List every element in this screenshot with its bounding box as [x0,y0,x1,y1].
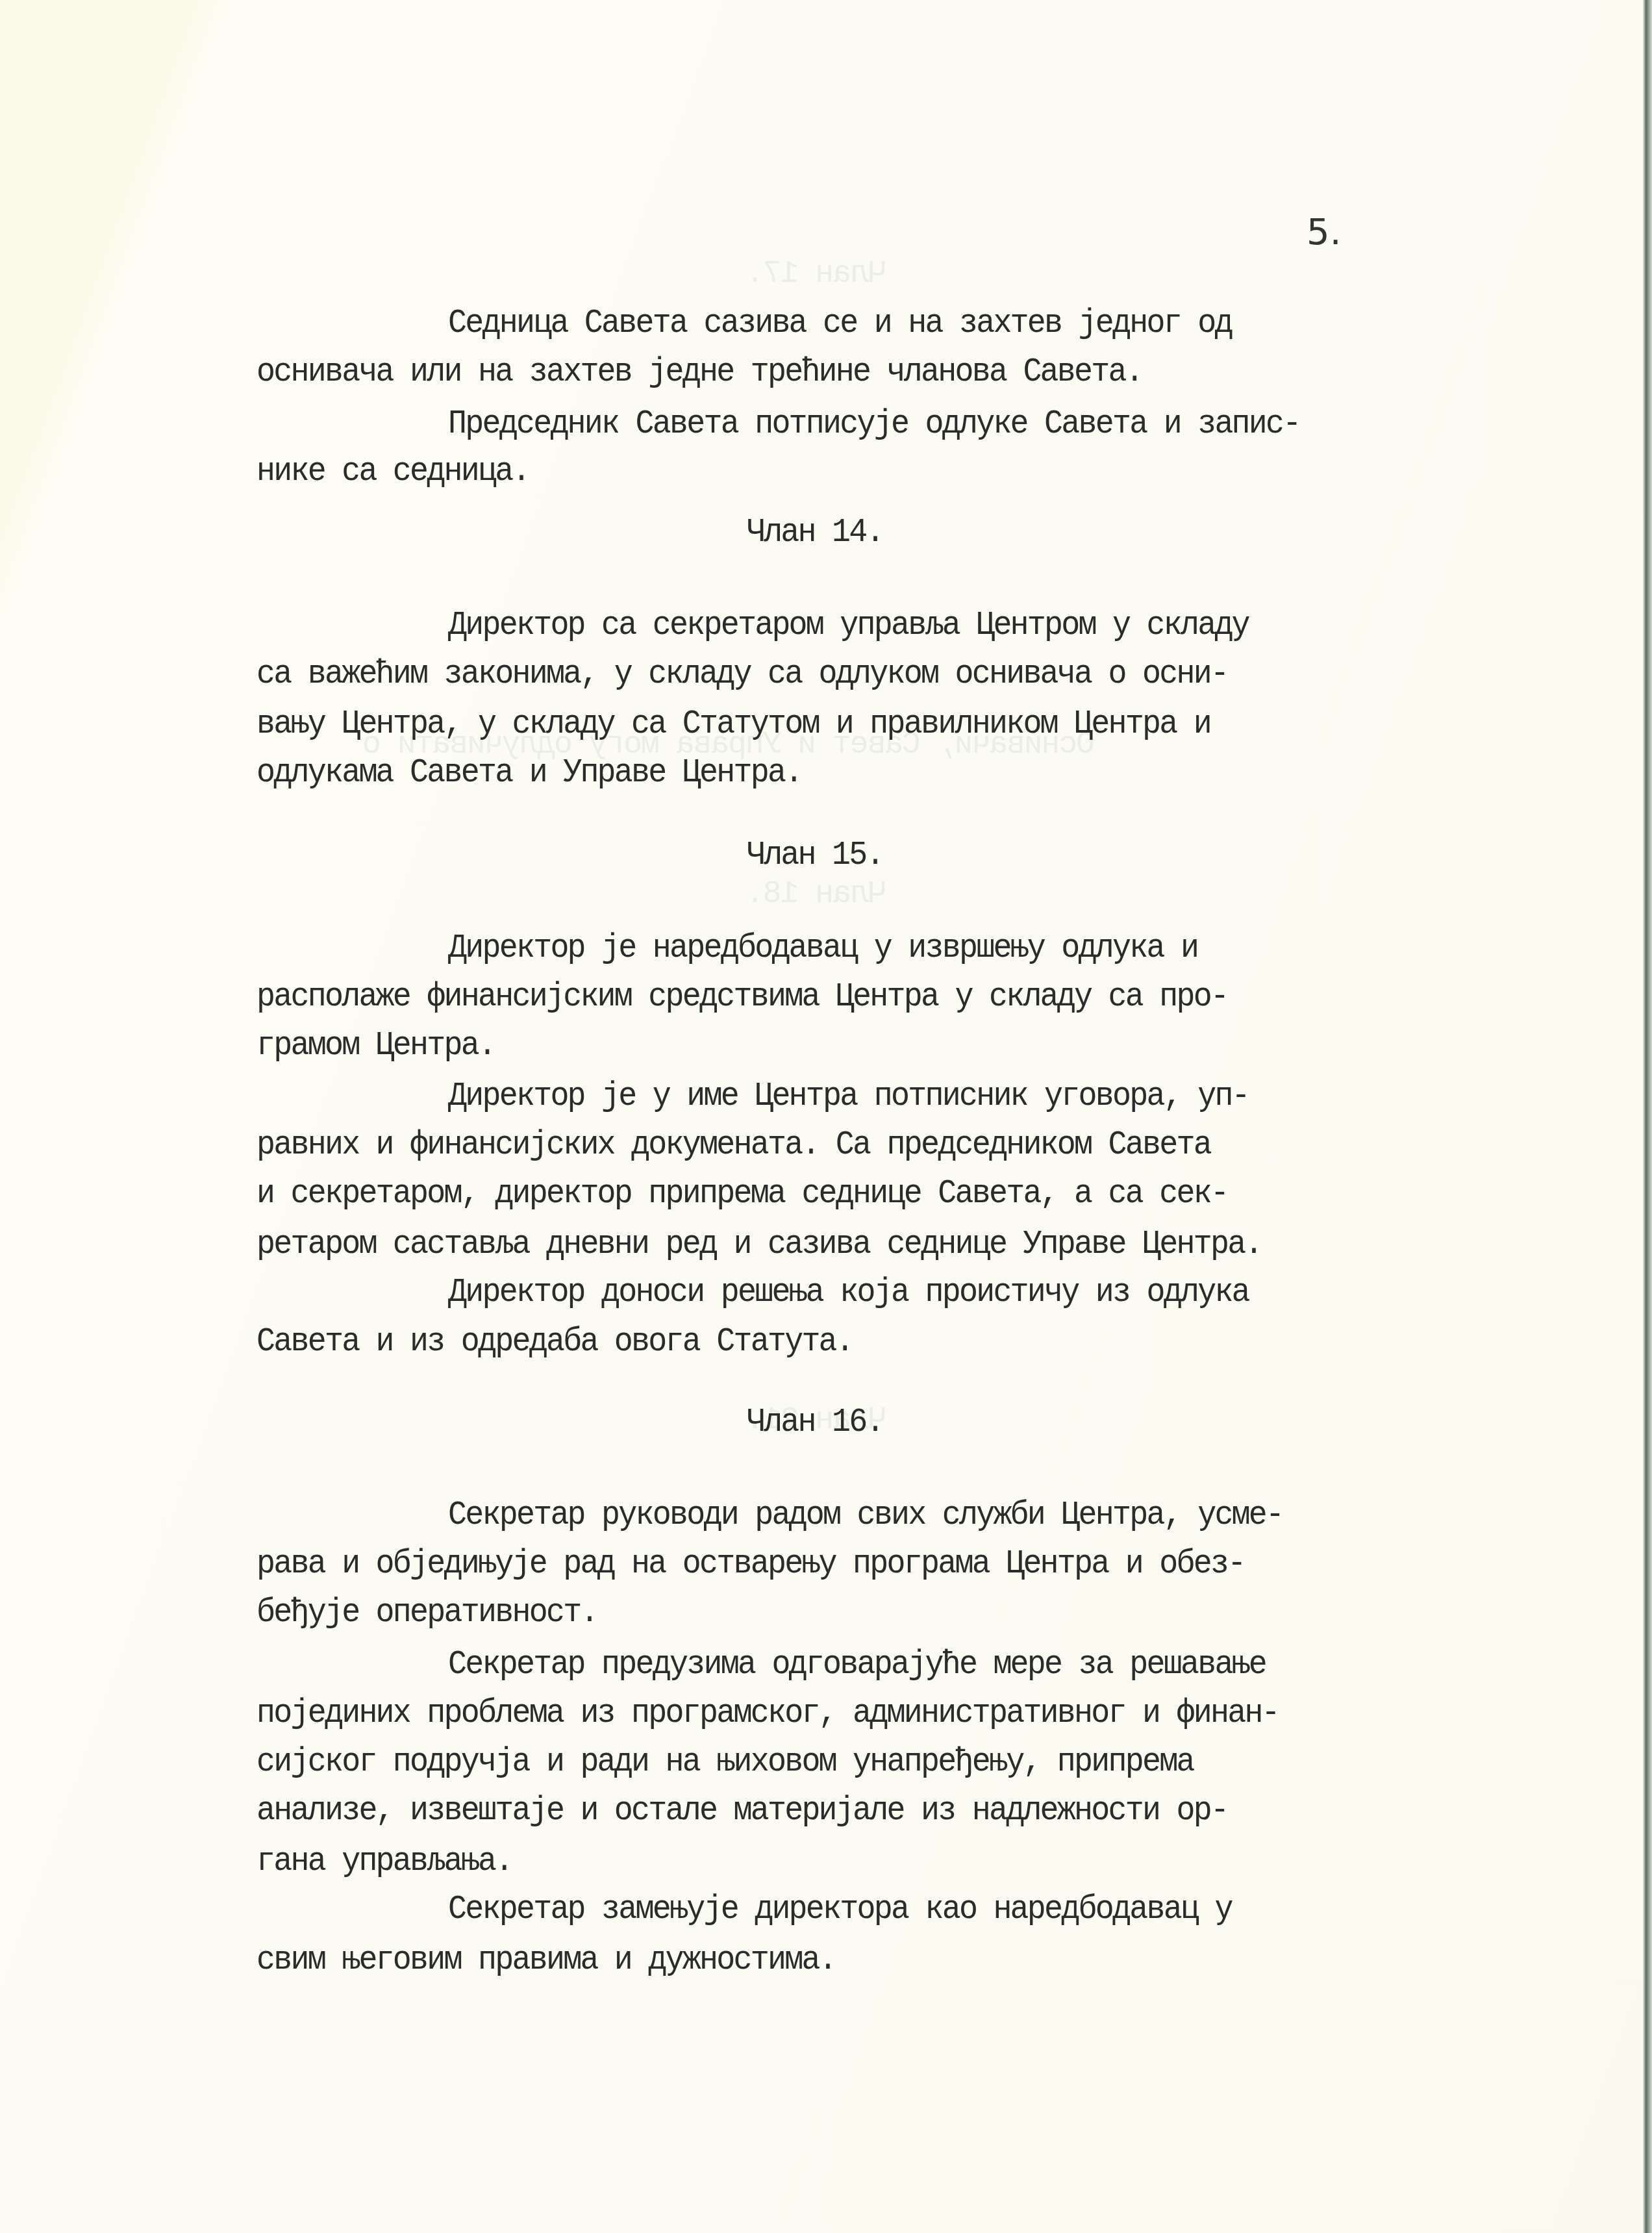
document-page: Члан 17. Оснивачи, Савет и Управа могу о… [0,0,1652,2233]
paragraph-line: анализе, извештаје и остале материјале и… [257,1786,1227,1836]
paragraph-line: одлукама Савета и Управе Центра. [257,748,801,798]
paragraph-line: гана управљања. [257,1837,512,1886]
article-heading-text: Члан 15. [747,836,883,874]
paragraph-line: и секретаром, директор припрема седнице … [257,1169,1227,1218]
paragraph-first-line: Секретар руководи радом свих служби Цент… [448,1491,1283,1540]
paragraph-first-line: Директор са секретаром управља Центром у… [448,601,1249,650]
page-number: 5. [1307,208,1341,257]
paragraph-line: беђује оперативност. [257,1588,597,1637]
paragraph-first-line: Директор је наредбодавац у извршењу одлу… [448,924,1197,973]
page-edge [1643,0,1652,2233]
bleed-through-text: Члан 17. [747,257,886,292]
article-heading: Члан 16. [0,1403,1652,1441]
paragraph-first-line: Директор доноси решења која проистичу из… [448,1268,1249,1317]
paragraph-line: рава и обједињује рад на остварењу прогр… [257,1539,1244,1589]
bleed-through-text: Члан 18. [747,877,886,912]
paragraph-line: грамом Центра. [257,1021,495,1070]
paragraph-line: сијског подручја и ради на њиховом унапр… [257,1737,1194,1787]
article-heading: Члан 15. [0,836,1652,874]
paragraph-first-line: Председник Савета потписује одлуке Савет… [448,399,1300,449]
paragraph-line: располаже финансијским средствима Центра… [257,972,1227,1022]
paragraph-first-line: Секретар замењује директора као наредбод… [448,1885,1232,1934]
paragraph-line: Савета и из одредаба овога Статута. [257,1317,853,1367]
paragraph-line: свим његовим правима и дужностима. [257,1936,836,1985]
paragraph-line: појединих проблема из програмског, админ… [257,1689,1279,1738]
paragraph-line: оснивача или на захтев једне трећине чла… [257,347,1142,397]
paragraph-line: нике са седница. [257,447,529,496]
paragraph-first-line: Директор је у име Центра потписник угово… [448,1072,1249,1121]
paragraph-line: равних и финансијских докумената. Са пре… [257,1120,1210,1170]
paragraph-first-line: Седница Савета сазива се и на захтев јед… [448,299,1232,348]
article-heading-text: Члан 14. [747,513,883,551]
paragraph-line: вању Центра, у складу са Статутом и прав… [257,700,1210,749]
paragraph-line: ретаром саставља дневни ред и сазива сед… [257,1220,1262,1269]
article-heading: Члан 14. [0,513,1652,551]
paragraph-line: са важећим законима, у складу са одлуком… [257,650,1227,699]
article-heading-text: Члан 16. [747,1403,883,1441]
paragraph-first-line: Секретар предузима одговарајуће мере за … [448,1640,1266,1689]
